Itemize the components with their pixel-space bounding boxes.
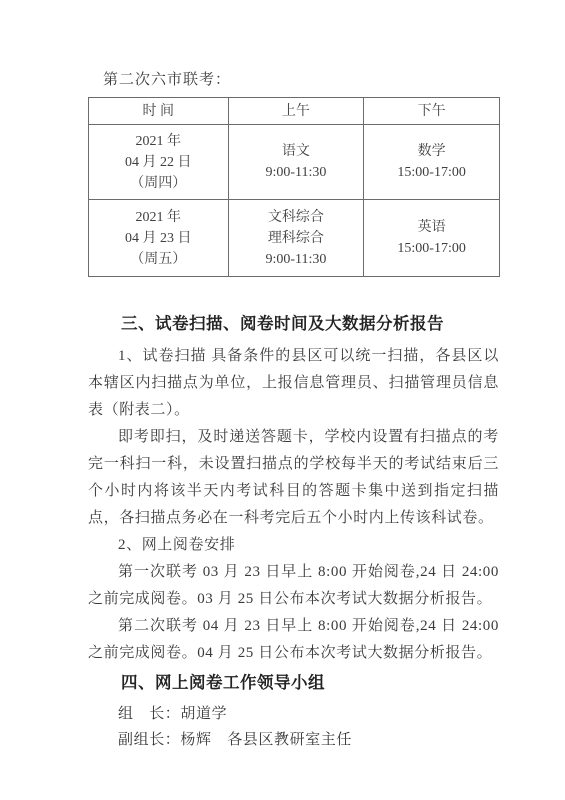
table-header-afternoon: 下午 [364,98,500,125]
table-row: 2021 年 04 月 23 日 （周五） 文科综合 理科综合 9:00-11:… [89,200,500,277]
cell-morning-1: 语文 9:00-11:30 [228,125,364,200]
table-header-row: 时 间 上午 下午 [89,98,500,125]
table-header-morning: 上午 [228,98,364,125]
cell-morning-2: 文科综合 理科综合 9:00-11:30 [228,200,364,277]
paragraph-scan-process: 即考即扫，及时递送答题卡，学校内设置有扫描点的考完一科扫一科，未设置扫描点的学校… [88,424,499,532]
cell-afternoon-2: 英语 15:00-17:00 [364,200,500,277]
document-page: 第二次六市联考： 时 间 上午 下午 2021 年 04 月 22 日 （周四）… [0,0,565,800]
paragraph-second-exam-marking: 第二次联考 04 月 23 日早上 8:00 开始阅卷,24 日 24:00 之… [88,613,499,667]
paragraph-first-exam-marking: 第一次联考 03 月 23 日早上 8:00 开始阅卷,24 日 24:00 之… [88,559,499,613]
cell-date-2: 2021 年 04 月 23 日 （周五） [89,200,229,277]
section-heading-scan-report: 三、试卷扫描、阅卷时间及大数据分析报告 [88,313,499,336]
cell-afternoon-1: 数学 15:00-17:00 [364,125,500,200]
intro-line: 第二次六市联考： [88,70,499,90]
leader-line: 组 长：胡道学 [88,701,499,727]
page-number: 3 [0,730,565,742]
table-row: 2021 年 04 月 22 日 （周四） 语文 9:00-11:30 数学 1… [89,125,500,200]
cell-date-1: 2021 年 04 月 22 日 （周四） [89,125,229,200]
table-header-time: 时 间 [89,98,229,125]
subheading-online-marking: 2、网上阅卷安排 [88,532,499,559]
exam-schedule-table: 时 间 上午 下午 2021 年 04 月 22 日 （周四） 语文 9:00-… [88,97,500,277]
section-heading-leading-group: 四、网上阅卷工作领导小组 [88,672,499,695]
paragraph-scan-setup: 1、试卷扫描 具备条件的县区可以统一扫描，各县区以本辖区内扫描点为单位，上报信息… [88,343,499,424]
